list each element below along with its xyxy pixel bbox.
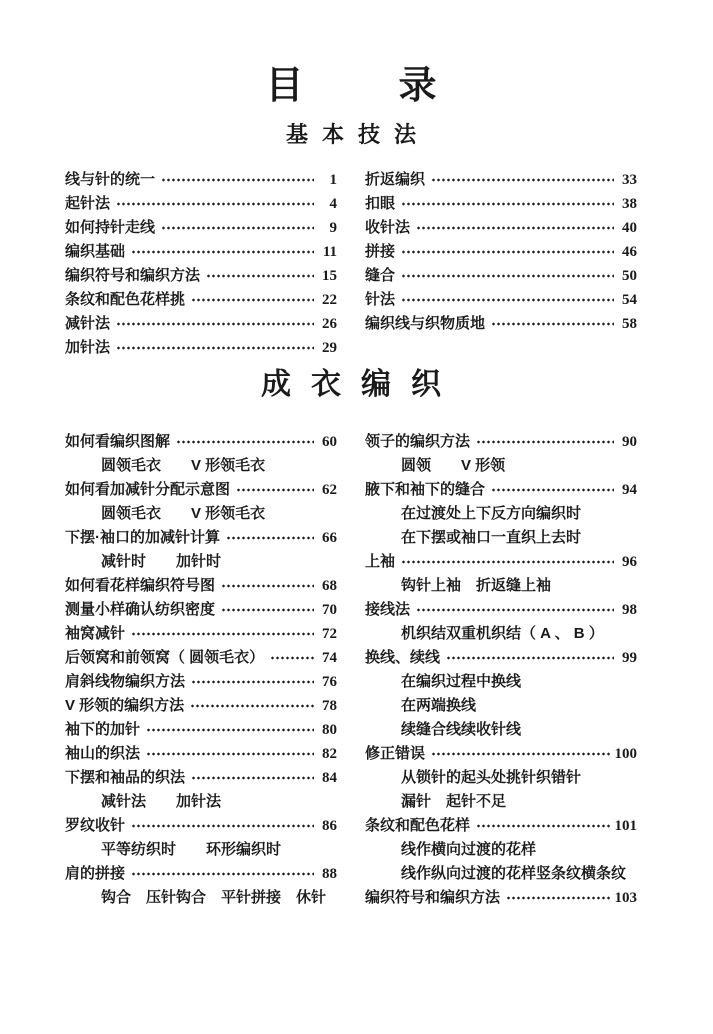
page-title: 目录 xyxy=(65,65,637,107)
entry-page-number: 46 xyxy=(617,240,637,264)
toc-entry: 线与针的统一1 xyxy=(65,168,337,192)
toc-sub-entry: 在两端换线 xyxy=(365,694,637,718)
dot-leader xyxy=(221,579,314,593)
entry-label: 如何看花样编织符号图 xyxy=(65,574,215,598)
dot-leader xyxy=(401,197,614,211)
entry-label: 条纹和配色花样 xyxy=(365,814,470,838)
toc-entry: 领子的编织方法90 xyxy=(365,430,637,454)
dot-leader xyxy=(161,173,314,187)
toc-sub-entry: 在编织过程中换线 xyxy=(365,670,637,694)
dot-leader xyxy=(401,245,614,259)
entry-label: 加针法 xyxy=(65,336,110,360)
dot-leader xyxy=(401,269,614,283)
entry-page-number: 50 xyxy=(617,264,637,288)
toc-entry: 修正错误100 xyxy=(365,742,637,766)
toc-sub-entry: 减针法 加针法 xyxy=(65,790,337,814)
entry-label: 线与针的统一 xyxy=(65,168,155,192)
toc-sub-entry: 钩合 压针钩合 平针拼接 休针 xyxy=(65,886,337,910)
column-2: 折返编织33扣眼38收针法40拼接46缝合50针法54编织线与织物质地58 xyxy=(365,168,637,360)
entry-label: 编织符号和编织方法 xyxy=(365,886,500,910)
entry-label: 拼接 xyxy=(365,240,395,264)
entry-page-number: 96 xyxy=(617,550,637,574)
dot-leader xyxy=(491,317,614,331)
entry-page-number: 74 xyxy=(317,646,337,670)
toc-sections: 基本技法线与针的统一1起针法4如何持针走线9编织基础11编织符号和编织方法15条… xyxy=(65,121,637,910)
entry-label: 肩的拼接 xyxy=(65,862,125,886)
entry-page-number: 90 xyxy=(617,430,637,454)
toc-entry: 袖下的加针80 xyxy=(65,718,337,742)
dot-leader xyxy=(161,221,314,235)
toc-entry: 条纹和配色花样挑22 xyxy=(65,288,337,312)
entry-page-number: 99 xyxy=(617,646,637,670)
dot-leader xyxy=(116,341,314,355)
dot-leader xyxy=(476,819,611,833)
entry-label: 下摆·袖口的加减针计算 xyxy=(65,526,220,550)
dot-leader xyxy=(116,317,314,331)
entry-page-number: 38 xyxy=(617,192,637,216)
entry-label: 袖窝减针 xyxy=(65,622,125,646)
entry-page-number: 62 xyxy=(317,478,337,502)
toc-entry: 罗纹收针86 xyxy=(65,814,337,838)
entry-page-number: 84 xyxy=(317,766,337,790)
entry-page-number: 54 xyxy=(617,288,637,312)
entry-page-number: 72 xyxy=(317,622,337,646)
dot-leader xyxy=(221,603,314,617)
entry-label: 修正错误 xyxy=(365,742,425,766)
dot-leader xyxy=(131,245,314,259)
section-columns: 线与针的统一1起针法4如何持针走线9编织基础11编织符号和编织方法15条纹和配色… xyxy=(65,168,637,360)
toc-entry: 条纹和配色花样101 xyxy=(365,814,637,838)
dot-leader xyxy=(270,651,314,665)
entry-page-number: 22 xyxy=(317,288,337,312)
section-2: 成衣编织如何看编织图解60圆领毛衣 V 形领毛衣如何看加减针分配示意图62圆领毛… xyxy=(65,366,637,910)
dot-leader xyxy=(131,627,314,641)
entry-page-number: 101 xyxy=(615,814,638,838)
toc-entry: 收针法40 xyxy=(365,216,637,240)
entry-page-number: 11 xyxy=(317,240,337,264)
entry-page-number: 29 xyxy=(317,336,337,360)
entry-label: 后领窝和前领窝（ 圆领毛衣） xyxy=(65,646,264,670)
entry-page-number: 76 xyxy=(317,670,337,694)
toc-entry: 起针法4 xyxy=(65,192,337,216)
entry-page-number: 58 xyxy=(617,312,637,336)
entry-label: 肩斜线物编织方法 xyxy=(65,670,185,694)
entry-label: 接线法 xyxy=(365,598,410,622)
entry-page-number: 4 xyxy=(317,192,337,216)
toc-entry: 编织符号和编织方法15 xyxy=(65,264,337,288)
dot-leader xyxy=(206,269,314,283)
toc-entry: 缝合50 xyxy=(365,264,637,288)
toc-entry: 如何持针走线9 xyxy=(65,216,337,240)
toc-entry: 上袖96 xyxy=(365,550,637,574)
toc-entry: 如何看加减针分配示意图62 xyxy=(65,478,337,502)
entry-page-number: 40 xyxy=(617,216,637,240)
entry-label: 起针法 xyxy=(65,192,110,216)
entry-page-number: 9 xyxy=(317,216,337,240)
toc-entry: 肩的拼接88 xyxy=(65,862,337,886)
toc-sub-entry: 机织结双重机织结（ A 、 B ） xyxy=(365,622,637,646)
entry-page-number: 70 xyxy=(317,598,337,622)
entry-page-number: 86 xyxy=(317,814,337,838)
toc-sub-entry: 圆领毛衣 V 形领毛衣 xyxy=(65,502,337,526)
dot-leader xyxy=(431,173,614,187)
toc-entry: 加针法29 xyxy=(65,336,337,360)
entry-page-number: 103 xyxy=(615,886,638,910)
entry-page-number: 15 xyxy=(317,264,337,288)
dot-leader xyxy=(191,675,314,689)
toc-sub-entry: 线作横向过渡的花样 xyxy=(365,838,637,862)
entry-label: 上袖 xyxy=(365,550,395,574)
toc-entry: 编织基础11 xyxy=(65,240,337,264)
dot-leader xyxy=(131,867,314,881)
dot-leader xyxy=(146,723,314,737)
toc-entry: 袖山的织法82 xyxy=(65,742,337,766)
dot-leader xyxy=(431,747,611,761)
section-columns: 如何看编织图解60圆领毛衣 V 形领毛衣如何看加减针分配示意图62圆领毛衣 V … xyxy=(65,430,637,910)
entry-label: 测量小样确认纺织密度 xyxy=(65,598,215,622)
toc-sub-entry: 续缝合线续收针线 xyxy=(365,718,637,742)
toc-entry: 下摆和袖品的织法84 xyxy=(65,766,337,790)
dot-leader xyxy=(506,891,611,905)
entry-page-number: 26 xyxy=(317,312,337,336)
entry-page-number: 80 xyxy=(317,718,337,742)
toc-sub-entry: 漏针 起针不足 xyxy=(365,790,637,814)
dot-leader xyxy=(191,293,314,307)
dot-leader xyxy=(226,531,314,545)
toc-sub-entry: 在下摆或袖口一直织上去时 xyxy=(365,526,637,550)
entry-label: 扣眼 xyxy=(365,192,395,216)
toc-entry: 折返编织33 xyxy=(365,168,637,192)
toc-sub-entry: 在过渡处上下反方向编织时 xyxy=(365,502,637,526)
entry-label: 如何看编织图解 xyxy=(65,430,170,454)
dot-leader xyxy=(191,771,314,785)
toc-sub-entry: 钩针上袖 折返缝上袖 xyxy=(365,574,637,598)
entry-label: 缝合 xyxy=(365,264,395,288)
toc-page: 目录 基本技法线与针的统一1起针法4如何持针走线9编织基础11编织符号和编织方法… xyxy=(0,0,713,1034)
entry-label: 领子的编织方法 xyxy=(365,430,470,454)
toc-entry: 袖窝减针72 xyxy=(65,622,337,646)
entry-label: 下摆和袖品的织法 xyxy=(65,766,185,790)
toc-entry: 测量小样确认纺织密度70 xyxy=(65,598,337,622)
column-1: 如何看编织图解60圆领毛衣 V 形领毛衣如何看加减针分配示意图62圆领毛衣 V … xyxy=(65,430,337,910)
entry-label: 编织基础 xyxy=(65,240,125,264)
entry-label: 换线、续线 xyxy=(365,646,440,670)
toc-sub-entry: 从锁针的起头处挑针织错针 xyxy=(365,766,637,790)
entry-label: 如何看加减针分配示意图 xyxy=(65,478,230,502)
entry-page-number: 100 xyxy=(615,742,638,766)
toc-entry: 腋下和袖下的缝合94 xyxy=(365,478,637,502)
entry-page-number: 98 xyxy=(617,598,637,622)
dot-leader xyxy=(416,603,614,617)
section-title: 基本技法 xyxy=(65,121,637,149)
section-title: 成衣编织 xyxy=(65,366,637,404)
toc-entry: 拼接46 xyxy=(365,240,637,264)
entry-label: 编织线与织物质地 xyxy=(365,312,485,336)
dot-leader xyxy=(401,555,614,569)
entry-label: 袖山的织法 xyxy=(65,742,140,766)
entry-label: 罗纹收针 xyxy=(65,814,125,838)
toc-entry: 肩斜线物编织方法76 xyxy=(65,670,337,694)
entry-label: 编织符号和编织方法 xyxy=(65,264,200,288)
toc-sub-entry: 线作纵向过渡的花样竖条纹横条纹 xyxy=(365,862,637,886)
entry-page-number: 60 xyxy=(317,430,337,454)
entry-page-number: 82 xyxy=(317,742,337,766)
section-1: 基本技法线与针的统一1起针法4如何持针走线9编织基础11编织符号和编织方法15条… xyxy=(65,121,637,360)
dot-leader xyxy=(446,651,614,665)
dot-leader xyxy=(176,435,314,449)
entry-page-number: 1 xyxy=(317,168,337,192)
entry-label: 腋下和袖下的缝合 xyxy=(365,478,485,502)
entry-label: 条纹和配色花样挑 xyxy=(65,288,185,312)
toc-sub-entry: 圆领毛衣 V 形领毛衣 xyxy=(65,454,337,478)
entry-page-number: 94 xyxy=(617,478,637,502)
dot-leader xyxy=(190,699,314,713)
entry-page-number: 78 xyxy=(317,694,337,718)
dot-leader xyxy=(131,819,314,833)
toc-entry: 下摆·袖口的加减针计算66 xyxy=(65,526,337,550)
toc-entry: 换线、续线99 xyxy=(365,646,637,670)
toc-entry: 编织符号和编织方法103 xyxy=(365,886,637,910)
toc-sub-entry: 圆领 V 形领 xyxy=(365,454,637,478)
entry-page-number: 33 xyxy=(617,168,637,192)
entry-label: V 形领的编织方法 xyxy=(65,694,184,718)
dot-leader xyxy=(116,197,314,211)
entry-label: 减针法 xyxy=(65,312,110,336)
dot-leader xyxy=(476,435,614,449)
dot-leader xyxy=(416,221,614,235)
toc-entry: 针法54 xyxy=(365,288,637,312)
toc-sub-entry: 平等纺织时 环形编织时 xyxy=(65,838,337,862)
toc-entry: 如何看编织图解60 xyxy=(65,430,337,454)
toc-entry: 接线法98 xyxy=(365,598,637,622)
entry-label: 折返编织 xyxy=(365,168,425,192)
toc-sub-entry: 减针时 加针时 xyxy=(65,550,337,574)
entry-label: 收针法 xyxy=(365,216,410,240)
entry-label: 袖下的加针 xyxy=(65,718,140,742)
entry-page-number: 66 xyxy=(317,526,337,550)
toc-entry: 扣眼38 xyxy=(365,192,637,216)
dot-leader xyxy=(401,293,614,307)
toc-entry: V 形领的编织方法78 xyxy=(65,694,337,718)
entry-page-number: 88 xyxy=(317,862,337,886)
entry-label: 针法 xyxy=(365,288,395,312)
column-2: 领子的编织方法90圆领 V 形领腋下和袖下的缝合94在过渡处上下反方向编织时在下… xyxy=(365,430,637,910)
toc-entry: 后领窝和前领窝（ 圆领毛衣）74 xyxy=(65,646,337,670)
toc-entry: 减针法26 xyxy=(65,312,337,336)
dot-leader xyxy=(146,747,314,761)
entry-label: 如何持针走线 xyxy=(65,216,155,240)
toc-entry: 编织线与织物质地58 xyxy=(365,312,637,336)
dot-leader xyxy=(236,483,314,497)
dot-leader xyxy=(491,483,614,497)
entry-page-number: 68 xyxy=(317,574,337,598)
toc-entry: 如何看花样编织符号图68 xyxy=(65,574,337,598)
column-1: 线与针的统一1起针法4如何持针走线9编织基础11编织符号和编织方法15条纹和配色… xyxy=(65,168,337,360)
